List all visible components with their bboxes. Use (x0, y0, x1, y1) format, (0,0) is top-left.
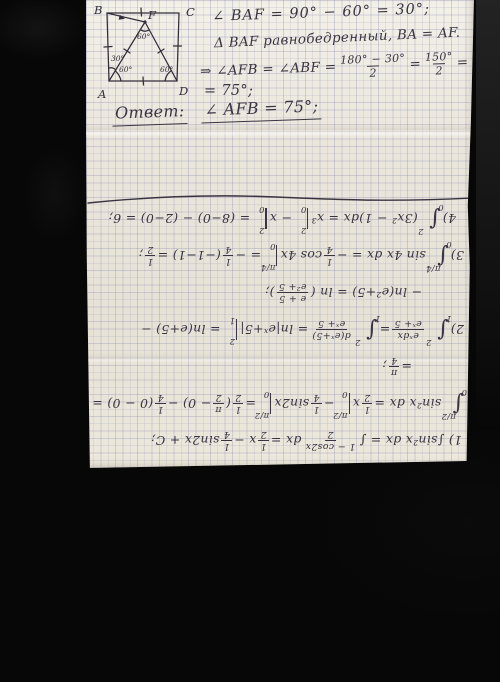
lower-limit: 0 (263, 389, 269, 399)
upper-limit: 2 (229, 336, 235, 346)
fraction-numerator: 1 − cos2x (303, 441, 357, 452)
math-text: sin2x (274, 396, 309, 411)
upper-limit: π/2 (254, 410, 269, 420)
vertex-label-b: B (93, 3, 102, 17)
math-text: ∠ BAF = 90° − 60° = 30°; (212, 1, 430, 25)
math-text: 1) ∫sin²x dx = ∫ (359, 433, 462, 448)
fraction-numerator: 1 (223, 256, 233, 267)
fraction-denominator: eˣ+ 5 (392, 319, 424, 331)
evaluation-bar: 20 (265, 208, 266, 229)
lower-limit: 0 (270, 241, 276, 251)
math-text: − ln(e²+5) = ln ( (310, 285, 422, 300)
fraction-numerator: 1 (155, 404, 165, 415)
upper-limit: π/2 (441, 412, 456, 422)
fraction-denominator: 4 (155, 393, 165, 405)
angle-label: 30° (111, 54, 125, 63)
math-text: = − (235, 248, 261, 263)
vertex-label-f: F (147, 8, 157, 22)
lower-limit: 1 (229, 315, 235, 325)
answer-label: Ответ: (112, 101, 188, 127)
fraction-numerator: 1 (233, 404, 243, 415)
fraction-denominator: 2 (433, 63, 445, 76)
lower-limit: 0 (446, 240, 452, 250)
math-text: = (245, 396, 256, 411)
fraction: 1 − cos2x2 (303, 430, 357, 452)
fraction-numerator: d(eˣ+5) (310, 330, 353, 341)
fraction: π2 (213, 393, 224, 415)
math-text: sin2x + C; (151, 433, 220, 448)
upper-limit: 2 (355, 338, 361, 348)
math-text: ); (265, 285, 275, 300)
upper-limit: 2 (301, 225, 307, 235)
evaluation-bar: 20 (307, 208, 308, 229)
fraction: 12 (145, 245, 155, 267)
tick-ab (104, 47, 112, 48)
math-text: ⇒ ∠AFB = ∠ABF = (200, 59, 337, 80)
fraction-numerator: 150° (423, 50, 455, 63)
fraction-numerator: π (389, 367, 400, 378)
math-text: (3x² − 1)dx = x³ (311, 211, 417, 226)
fraction-denominator: 4 (222, 430, 232, 442)
math-text: = (379, 322, 390, 337)
math-line: 1) ∫sin²x dx = ∫1 − cos2x2dx = 12x − 14s… (92, 422, 462, 459)
math-text: cos 4x (280, 248, 322, 263)
math-text: 4) (443, 211, 456, 226)
math-text: 3) (451, 248, 464, 263)
upside-down-notes: 1) ∫sin²x dx = ∫1 − cos2x2dx = 12x − 14s… (92, 199, 466, 465)
fraction: 12 (258, 430, 268, 452)
angle-label: 60° (137, 32, 151, 41)
lower-limit: 0 (301, 204, 307, 214)
math-text: = ln|eˣ+5| (240, 322, 308, 337)
fraction: π4 (389, 356, 400, 378)
lower-limit: 0 (342, 389, 348, 399)
answer-value: ∠ AFB = 75°; (201, 96, 322, 123)
segment-bf (107, 13, 145, 22)
lower-limit: 0 (461, 388, 467, 398)
math-text: − (324, 396, 335, 411)
lower-limit: 1 (446, 314, 452, 324)
fraction: 14 (223, 245, 233, 267)
math-line: 2) ∫21eˣdxeˣ+ 5 = ∫21d(eˣ+5)eˣ+ 5 = ln|e… (92, 311, 464, 348)
fraction-denominator: 2 (145, 245, 155, 257)
math-text: = (8−0) − (2−0) = 6; (108, 211, 250, 226)
fraction-denominator: eˣ+ 5 (316, 319, 348, 331)
fraction-denominator: 2 (233, 393, 243, 405)
fraction-numerator: π (213, 404, 224, 415)
math-text: 2) (451, 322, 464, 337)
vertex-label-c: C (186, 5, 195, 19)
integral-sign: ∫21 (437, 319, 449, 341)
integral-sign: ∫π/40 (437, 245, 449, 267)
vertex-label-a: A (97, 87, 106, 101)
upper-limit: 2 (418, 227, 424, 237)
evaluation-bar: π/40 (276, 245, 277, 266)
math-text: − x (270, 211, 292, 226)
upper-limit: π/4 (426, 264, 441, 274)
fraction: 14 (222, 430, 232, 452)
fraction-denominator: 2 (325, 430, 335, 442)
vertex-label-d: D (178, 84, 188, 98)
fraction-numerator: 1 (145, 256, 155, 267)
math-line: 3) ∫π/40sin 4x dx = − 14cos 4xπ/40 = − 1… (92, 237, 464, 274)
upper-limit: π/2 (333, 410, 348, 420)
math-text: ; (139, 248, 144, 263)
fraction: 150°2 (423, 50, 456, 76)
fraction: e + 5e²+ 5 (277, 282, 309, 304)
fraction-numerator: e + 5 (277, 293, 308, 304)
math-text: sin 4x dx = − (337, 248, 426, 263)
math-line: = 75°; (204, 83, 253, 99)
angle-arc-a1 (109, 68, 116, 70)
paper-crease (86, 124, 474, 137)
tick-bc (141, 8, 142, 16)
fraction: eˣdxeˣ+ 5 (392, 319, 424, 341)
integral-sign: ∫20 (429, 208, 441, 230)
math-text: = (456, 54, 468, 70)
upper-limit: 2 (259, 225, 265, 235)
notebook-page: B C A D F 30° 60° 60° 60° ∠ BAF = 90° − … (86, 0, 474, 468)
fraction: 180° − 30°2 (338, 52, 408, 79)
math-line: 4) ∫20(3x² − 1)dx = x³20 − x20 = (8−0) −… (92, 200, 456, 237)
math-line: Δ BAF равнобедренный, BA = AF. (214, 25, 461, 52)
fraction: 14 (324, 245, 334, 267)
fraction-denominator: 4 (324, 245, 334, 257)
integral-sign: ∫21 (366, 319, 378, 341)
lower-limit: 0 (438, 203, 444, 213)
fraction-denominator: 2 (258, 430, 268, 442)
math-text: ; (382, 359, 387, 374)
fraction-numerator: 1 (311, 404, 321, 415)
fraction-denominator: 4 (223, 245, 233, 257)
fraction-denominator: e²+ 5 (277, 282, 309, 294)
fraction-numerator: 1 (324, 256, 334, 267)
backdrop-shading (476, 0, 500, 430)
fraction-denominator: 2 (367, 65, 379, 78)
fraction-denominator: 2 (362, 393, 372, 405)
upper-limit: 2 (426, 338, 432, 348)
fraction-numerator: 1 (362, 404, 372, 415)
math-line: ∫π/20sin²x dx = 12xπ/20 − 14sin2xπ/20 = … (92, 385, 466, 422)
math-text: − 0) − (168, 396, 212, 411)
fraction: d(eˣ+5)eˣ+ 5 (310, 319, 353, 341)
math-line: = π4; (92, 348, 412, 385)
math-text: x (353, 396, 360, 411)
lower-limit: 0 (259, 204, 265, 214)
fraction: 12 (233, 393, 243, 415)
evaluation-bar: 21 (236, 319, 237, 340)
fraction-denominator: 2 (213, 393, 223, 405)
math-text: = 75°; (204, 83, 253, 99)
tick-ad (143, 77, 144, 85)
math-text: = (401, 359, 412, 374)
fraction: 14 (311, 393, 321, 415)
fraction-numerator: 1 (222, 441, 232, 452)
math-text: Δ BAF равнобедренный, BA = AF. (214, 25, 461, 52)
angle-label: 60° (160, 65, 174, 74)
integral-sign: ∫π/20 (452, 393, 464, 415)
math-text: (0 − 0) = (92, 396, 153, 411)
math-text: (−1−1) = (157, 248, 220, 263)
point-f-dot (143, 20, 146, 23)
math-text: = ln(e+5) − (141, 322, 221, 337)
math-line: ∠ BAF = 90° − 60° = 30°; (212, 1, 430, 25)
fraction-numerator: eˣdx (395, 330, 421, 341)
fraction: 14 (155, 393, 165, 415)
fraction-numerator: 1 (258, 441, 268, 452)
math-text: ( (226, 396, 231, 411)
math-line: ⇒ ∠AFB = ∠ABF = 180° − 30°2 = 150°2 = (200, 47, 469, 86)
math-line: − ln(e²+5) = ln (e + 5e²+ 5); (92, 274, 422, 311)
math-text: = (409, 56, 421, 72)
angle-arc-f (140, 30, 149, 32)
fraction-denominator: 4 (389, 356, 399, 368)
angle-label: 60° (119, 65, 133, 74)
upper-limit: π/4 (261, 262, 276, 272)
lower-limit: 1 (375, 314, 381, 324)
fraction-denominator: 4 (311, 393, 321, 405)
fraction: 12 (362, 393, 372, 415)
math-text: x − (234, 433, 256, 448)
math-text: dx = (271, 433, 302, 448)
photo-background: B C A D F 30° 60° 60° 60° ∠ BAF = 90° − … (0, 0, 500, 682)
math-text: sin²x dx = (374, 396, 441, 411)
